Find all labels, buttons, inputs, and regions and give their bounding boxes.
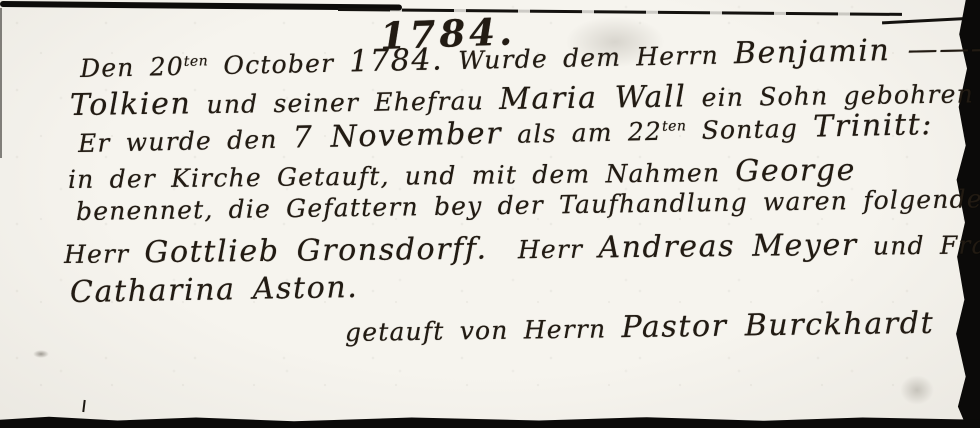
paper-smudge — [33, 350, 49, 358]
record-line-6: Herr Gottlieb Gronsdorff. Herr Andreas M… — [64, 226, 980, 271]
mother-name: Maria Wall — [499, 79, 687, 117]
child-name: George — [735, 153, 856, 189]
godparent-name-1: Gottlieb Gronsdorff. — [144, 232, 488, 271]
text-segment: Herr — [64, 239, 145, 269]
text-segment: Den 20 — [80, 52, 184, 83]
father-surname: Tolkien — [70, 86, 192, 123]
year-text: 1784. — [349, 42, 444, 79]
text-segment: als am 22 — [502, 117, 663, 149]
officiant-line: getauft von Herrn Pastor Burckhardt — [345, 306, 935, 349]
text-segment: getauft von Herrn — [345, 314, 622, 347]
officiant-name: Pastor Burckhardt — [621, 306, 934, 345]
godparent-name-2: Andreas Meyer — [598, 228, 858, 266]
text-segment: und seiner Ehefrau — [191, 86, 499, 119]
text-segment: und Frau — [858, 230, 980, 261]
ordinal-superscript: ten — [184, 53, 209, 70]
left-edge-line — [0, 8, 2, 158]
bottom-edge-scan-band — [0, 413, 980, 428]
ordinal-superscript: ten — [662, 118, 687, 135]
trinity-sunday-label: Trinitt: — [813, 107, 934, 145]
text-segment: Sontag — [686, 114, 813, 146]
text-segment: Herr — [487, 234, 598, 264]
baptism-date: 7 November — [292, 116, 502, 155]
scanned-document-page: 1784. Den 20ten October 1784. Wurde dem … — [0, 0, 980, 428]
godparent-name-3: Catharina Aston. — [70, 270, 359, 310]
paper-stain — [900, 375, 934, 405]
record-line-7: Catharina Aston. — [70, 270, 359, 310]
text-segment: Wurde dem Herrn — [443, 40, 734, 75]
text-segment: October — [208, 48, 350, 80]
text-segment: Er wurde den — [78, 125, 293, 158]
top-edge-rule-right-dash — [882, 17, 974, 25]
stray-ink-mark — [82, 400, 85, 412]
father-first-name: Benjamin ——— — [734, 31, 980, 72]
